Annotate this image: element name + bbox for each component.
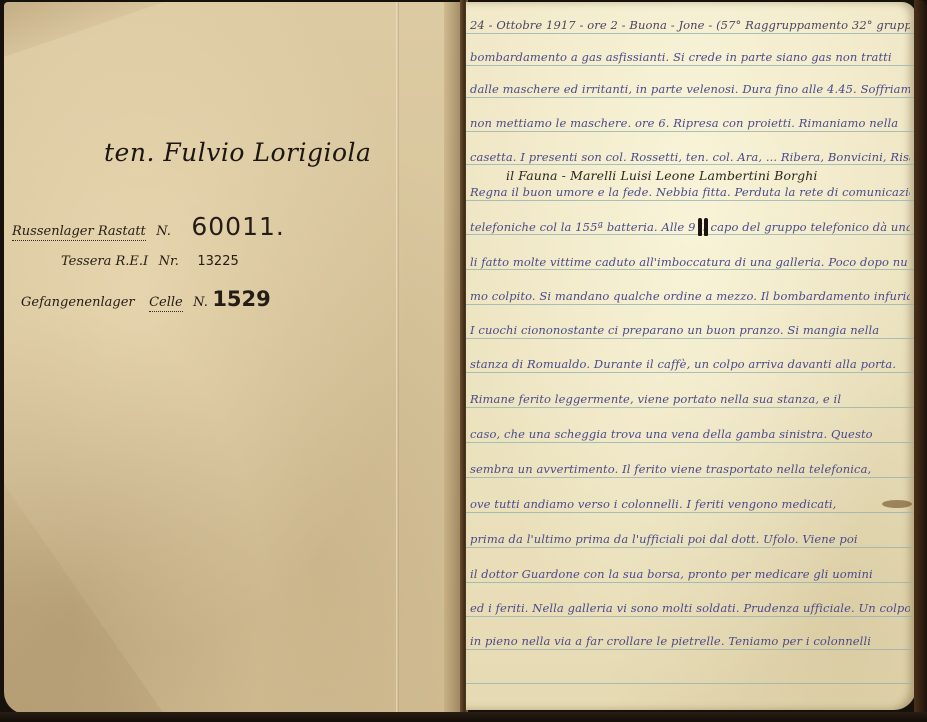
- ruled-line: [466, 649, 916, 650]
- ruled-line: [466, 33, 916, 34]
- stamp-abbr: N.: [156, 224, 171, 239]
- stamp-russenlager-rastatt: Russenlager Rastatt N. 60011.: [12, 212, 285, 241]
- ruled-line: [466, 269, 916, 270]
- fold-line: [396, 2, 399, 714]
- stamp-place: Celle: [149, 295, 183, 312]
- diary-line: prima da l'ultimo prima da l'ufficiali p…: [470, 532, 910, 546]
- diary-line: casetta. I presenti son col. Rossetti, t…: [470, 150, 910, 164]
- stamp-label: Gefangenenlager: [21, 295, 135, 310]
- ruled-line: [466, 97, 916, 98]
- diary-line: telefoniche col la 155ª batteria. Alle 9…: [470, 220, 910, 234]
- stamp-label: Russenlager Rastatt: [12, 224, 146, 241]
- ruled-line: [466, 407, 916, 408]
- ink-smudge: [882, 500, 912, 508]
- diary-line: Regna il buon umore e la fede. Nebbia fi…: [470, 185, 910, 199]
- ruled-line: [466, 547, 916, 548]
- ruled-line: [466, 164, 916, 165]
- ruled-line: [466, 582, 916, 583]
- ruled-line: [466, 616, 916, 617]
- ruled-line: [466, 131, 916, 132]
- cover-bottom-edge: [0, 712, 927, 722]
- diary-line: dalle maschere ed irritanti, in parte ve…: [470, 82, 910, 96]
- diary-line: stanza di Romualdo. Durante il caffè, un…: [470, 357, 910, 371]
- diary-line: 24 - Ottobre 1917 - ore 2 - Buona - Jone…: [470, 18, 910, 32]
- stamp-gefangenenlager-celle: Gefangenenlager Celle N. 1529: [21, 287, 271, 311]
- diary-line: ed i feriti. Nella galleria vi sono molt…: [470, 601, 910, 615]
- paper-crease-bottom: [4, 484, 164, 714]
- notebook-spread: ten. Fulvio Lorigiola Russenlager Rastat…: [0, 0, 927, 722]
- stamp-abbr: Nr.: [159, 254, 179, 269]
- diary-line: il dottor Guardone con la sua borsa, pro…: [470, 567, 910, 581]
- diary-line: li fatto molte vittime caduto all'imbocc…: [470, 255, 910, 269]
- diary-line-names: il Fauna - Marelli Luisi Leone Lambertin…: [506, 168, 910, 183]
- ruled-line: [466, 477, 916, 478]
- ruled-line: [466, 65, 916, 66]
- page-gutter: [444, 2, 460, 714]
- diary-page: 24 - Ottobre 1917 - ore 2 - Buona - Jone…: [466, 2, 916, 710]
- owner-name: ten. Fulvio Lorigiola: [104, 138, 371, 167]
- ruled-line: [466, 338, 916, 339]
- stamp-number: 13225: [197, 254, 238, 269]
- ruled-line: [466, 442, 916, 443]
- diary-line: I cuochi ciononostante ci preparano un b…: [470, 323, 910, 337]
- cover-edge: [914, 0, 927, 722]
- diary-line: ove tutti andiamo verso i colonnelli. I …: [470, 497, 910, 511]
- stamp-label: Tessera R.E.I: [61, 254, 148, 269]
- stamp-number: 60011.: [191, 212, 284, 241]
- diary-line: Rimane ferito leggermente, viene portato…: [470, 392, 910, 406]
- paper-crease-top: [4, 2, 164, 57]
- ruled-line: [466, 200, 916, 201]
- ruled-line: [466, 512, 916, 513]
- diary-line: mo colpito. Si mandano qualche ordine a …: [470, 289, 910, 303]
- ruled-line: [466, 234, 916, 235]
- ruled-line: [466, 683, 916, 684]
- diary-line: non mettiamo le maschere. ore 6. Ripresa…: [470, 116, 910, 130]
- ruled-line: [466, 304, 916, 305]
- stamp-abbr: N.: [193, 295, 208, 310]
- left-page-card: ten. Fulvio Lorigiola Russenlager Rastat…: [4, 2, 460, 714]
- diary-line: caso, che una scheggia trova una vena de…: [470, 427, 910, 441]
- stamp-number: 1529: [212, 287, 270, 311]
- diary-line: in pieno nella via a far crollare le pie…: [470, 634, 910, 648]
- diary-line: bombardamento a gas asfissianti. Si cred…: [470, 50, 910, 64]
- ruled-line: [466, 372, 916, 373]
- diary-line: sembra un avvertimento. Il ferito viene …: [470, 462, 910, 476]
- stamp-tessera-rei: Tessera R.E.I Nr. 13225: [61, 252, 239, 270]
- ink-blot-mark: [698, 218, 709, 236]
